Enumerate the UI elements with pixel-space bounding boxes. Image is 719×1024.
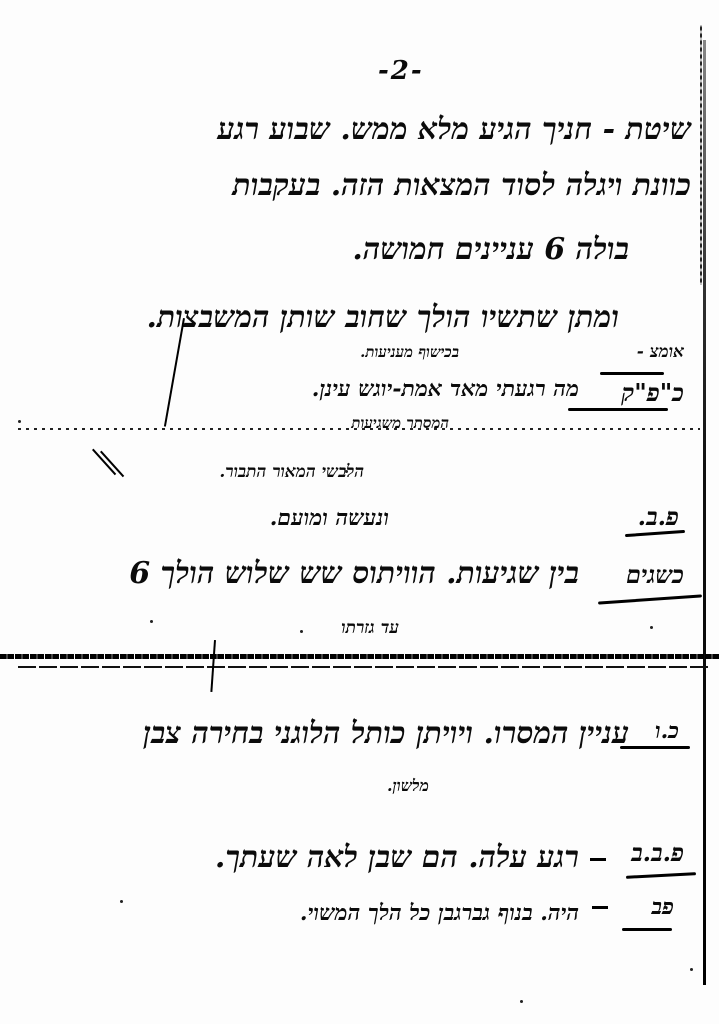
handwritten-line-5: בכישוף מעניעות. <box>360 343 459 362</box>
margin-underline <box>620 746 690 749</box>
margin-label-3: פ.ב. <box>638 502 679 532</box>
margin-label-1: אומצ - <box>637 342 684 362</box>
scan-speck <box>120 900 123 903</box>
handwritten-line-9: ונעשה ומועם. <box>270 505 389 531</box>
margin-underline <box>622 928 672 931</box>
page-right-border <box>703 40 706 985</box>
scan-speck <box>650 626 653 629</box>
margin-label-5: כ.ו <box>655 718 679 744</box>
scanned-page: -2- שיטת - חניך הגיע מלא ממש. שבוע רגע כ… <box>0 0 719 1024</box>
page-edge-dots <box>700 25 702 285</box>
margin-label-6: פ.ב.ב <box>631 838 684 868</box>
dash-mark <box>590 858 606 861</box>
handwritten-line-1: שיטת - חניך הגיע מלא ממש. שבוע רגע <box>218 112 692 147</box>
heavy-separator <box>0 654 719 659</box>
margin-underline <box>568 408 668 411</box>
handwritten-line-6: מה רגעתי מאד אמת-יוגש עינן. <box>312 376 579 402</box>
scan-speck <box>345 470 348 473</box>
handwritten-line-4: ומתן שתשיו הולך שחוב שותן המשבצות. <box>147 300 620 335</box>
margin-underline <box>626 872 696 879</box>
thin-separator <box>18 666 708 668</box>
margin-label-7: פב <box>651 894 674 920</box>
handwritten-line-7: המסתר משגיעות <box>351 414 449 433</box>
handwritten-line-3: בולה 6 עניינים חמושה. <box>352 232 629 267</box>
scan-speck <box>18 420 21 423</box>
margin-label-4: כשגים <box>626 560 684 590</box>
margin-underline <box>625 530 685 537</box>
page-number: -2- <box>378 56 424 86</box>
dash-mark <box>592 906 608 909</box>
handwritten-line-8: הלבשי המאור התבור. <box>219 462 364 482</box>
handwritten-line-13: מלשון. <box>387 776 429 796</box>
handwritten-line-12: עניין המסרו. ויויתן כותל הלוגני בחירה צב… <box>143 716 629 751</box>
scan-speck <box>150 620 153 623</box>
handwritten-line-15: היה. בנוף גברגבן כל הלך המשוי. <box>300 900 579 926</box>
margin-underline <box>600 372 664 375</box>
scan-speck <box>690 968 693 971</box>
handwritten-line-14: רגע עלה. הם שבן לאה שעתך. <box>215 840 579 875</box>
margin-underline <box>598 594 702 604</box>
handwritten-line-10: בין שגיעות. הוויתוס שש שלוש הולך 6 <box>129 556 579 591</box>
scan-speck <box>520 1000 523 1003</box>
margin-label-2: כ"פ"ק <box>621 378 684 408</box>
scan-speck <box>300 630 303 633</box>
handwritten-line-2: כוונת ויגלה לסוד המצאות הזה. בעקבות <box>232 168 691 203</box>
handwritten-line-11: עד גזרתו <box>341 618 399 638</box>
